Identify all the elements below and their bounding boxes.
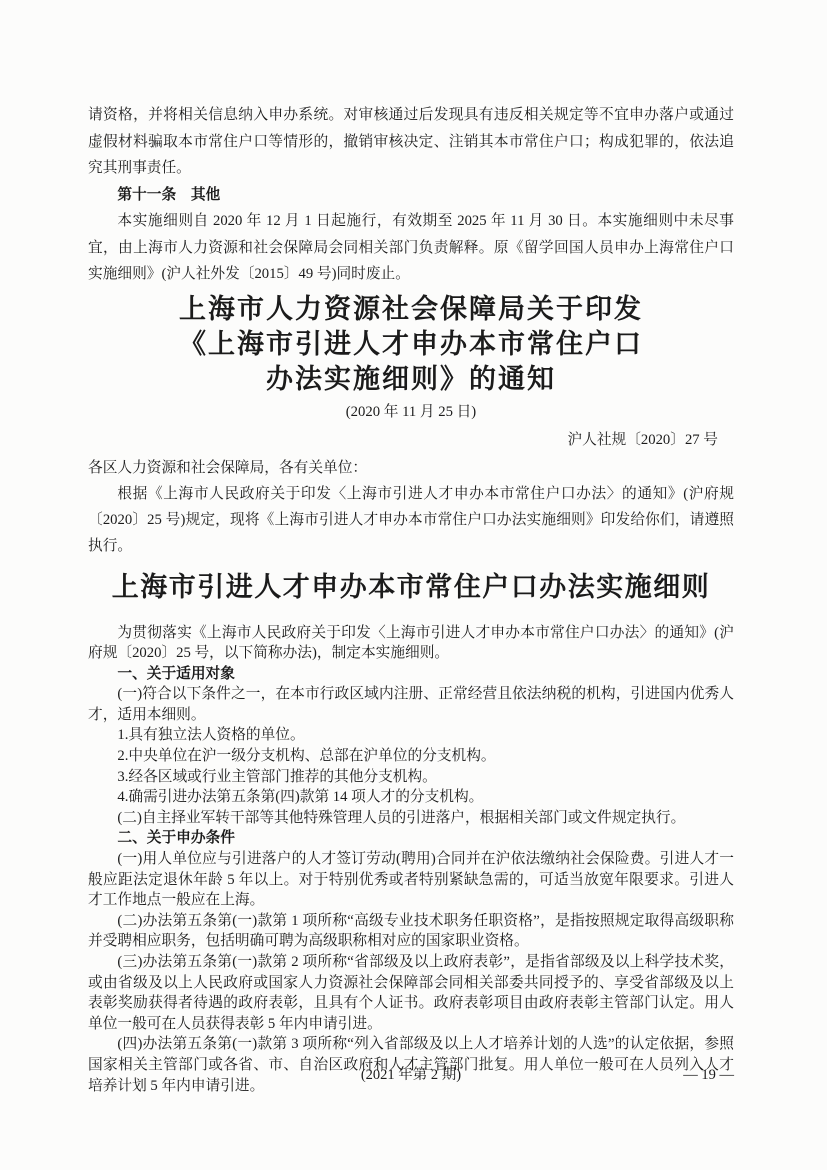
salutation: 各区人力资源和社会保障局，各有关单位： bbox=[88, 455, 734, 481]
notice-title: 上海市人力资源社会保障局关于印发 《上海市引进人才申办本市常住户口 办法实施细则… bbox=[88, 292, 734, 397]
notice-title-line-1: 上海市人力资源社会保障局关于印发 bbox=[88, 292, 734, 327]
section-2-paragraph-1: (一)用人单位应与引进落户的人才签订劳动(聘用)合同并在沪依法缴纳社会保险费。引… bbox=[88, 849, 734, 911]
gazette-page: 请资格，并将相关信息纳入申办系统。对审核通过后发现具有违反相关规定等不宜申办落户… bbox=[0, 0, 827, 1170]
section-1-heading: 一、关于适用对象 bbox=[88, 664, 734, 685]
notice-title-line-3: 办法实施细则》的通知 bbox=[88, 362, 734, 397]
article-11-heading: 第十一条 其他 bbox=[88, 182, 734, 209]
rules-body: 为贯彻落实《上海市人民政府关于印发〈上海市引进人才申办本市常住户口办法〉的通知》… bbox=[88, 623, 734, 1097]
section-2-heading: 二、关于申办条件 bbox=[88, 828, 734, 849]
effective-date-paragraph: 本实施细则自 2020 年 12 月 1 日起施行，有效期至 2025 年 11… bbox=[88, 208, 734, 288]
page-footer: (2021 年第 2 期) — 19 — bbox=[88, 1064, 734, 1086]
notice-date: (2020 年 11 月 25 日) bbox=[88, 402, 734, 423]
continuation-paragraph: 请资格，并将相关信息纳入申办系统。对审核通过后发现具有违反相关规定等不宜申办落户… bbox=[88, 102, 734, 182]
section-1-item-3: 3.经各区域或行业主管部门推荐的其他分支机构。 bbox=[88, 767, 734, 788]
page-content: 请资格，并将相关信息纳入申办系统。对审核通过后发现具有违反相关规定等不宜申办落户… bbox=[88, 0, 734, 1096]
notice-title-line-2: 《上海市引进人才申办本市常住户口 bbox=[88, 327, 734, 362]
section-2-paragraph-2: (二)办法第五条第(一)款第 1 项所称“高级专业技术职务任职资格”，是指按照规… bbox=[88, 911, 734, 952]
section-1-item-1: 1.具有独立法人资格的单位。 bbox=[88, 725, 734, 746]
previous-article-continuation: 请资格，并将相关信息纳入申办系统。对审核通过后发现具有违反相关规定等不宜申办落户… bbox=[88, 102, 734, 288]
section-1-paragraph-2: (二)自主择业军转干部等其他特殊管理人员的引进落户，根据相关部门或文件规定执行。 bbox=[88, 808, 734, 829]
section-1-item-2: 2.中央单位在沪一级分支机构、总部在沪单位的分支机构。 bbox=[88, 746, 734, 767]
notice-body-paragraph: 根据《上海市人民政府关于印发〈上海市引进人才申办本市常住户口办法〉的通知》(沪府… bbox=[88, 481, 734, 559]
section-1-item-4: 4.确需引进办法第五条第(四)款第 14 项人才的分支机构。 bbox=[88, 787, 734, 808]
rules-title: 上海市引进人才申办本市常住户口办法实施细则 bbox=[88, 570, 734, 604]
section-1-paragraph-1: (一)符合以下条件之一，在本市行政区域内注册、正常经营且依法纳税的机构，引进国内… bbox=[88, 684, 734, 725]
notice-header: 上海市人力资源社会保障局关于印发 《上海市引进人才申办本市常住户口 办法实施细则… bbox=[88, 292, 734, 451]
section-2-paragraph-3: (三)办法第五条第(一)款第 2 项所称“省部级及以上政府表彰”，是指省部级及以… bbox=[88, 952, 734, 1034]
notice-body: 各区人力资源和社会保障局，各有关单位： 根据《上海市人民政府关于印发〈上海市引进… bbox=[88, 455, 734, 559]
rules-intro-paragraph: 为贯彻落实《上海市人民政府关于印发〈上海市引进人才申办本市常住户口办法〉的通知》… bbox=[88, 623, 734, 664]
page-number: — 19 — bbox=[683, 1064, 734, 1086]
document-number: 沪人社规〔2020〕27 号 bbox=[88, 430, 734, 451]
issue-label: (2021 年第 2 期) bbox=[88, 1064, 734, 1086]
